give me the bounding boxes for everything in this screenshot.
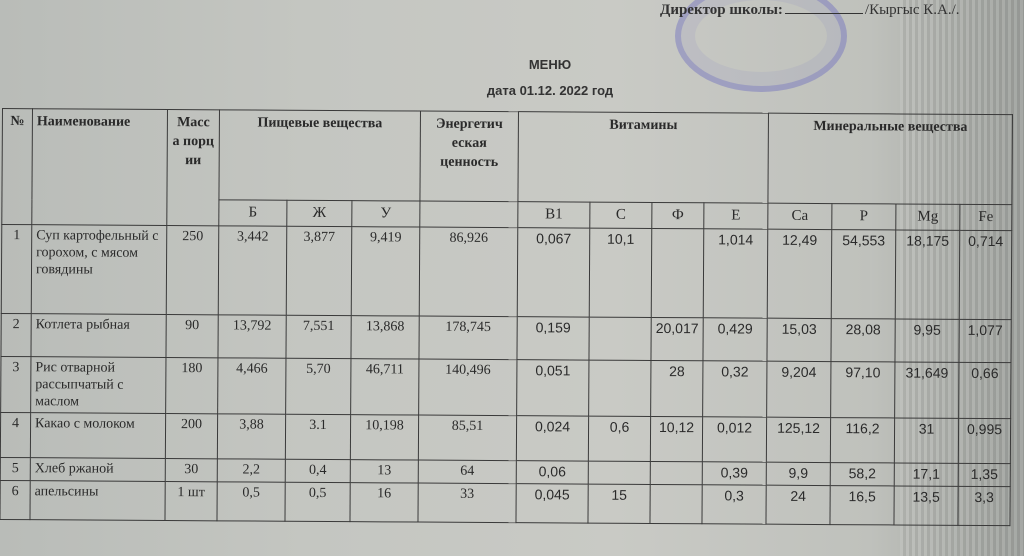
cell-portion: 200 [165,414,217,459]
cell-name: Хлеб ржаной [30,458,165,482]
cell-c [588,461,650,484]
page-title: МЕНЮ [0,57,1024,72]
subheader-u: У [352,201,420,227]
table-row: 1Суп картофельный с горохом, с мясом гов… [1,225,1012,320]
cell-e: 0,32 [703,361,767,417]
header-energy: Энергетич еская ценность [420,111,519,202]
cell-c [589,360,651,416]
cell-mg: 31 [894,418,958,463]
cell-name: апельсины [30,481,165,521]
cell-fe: 1,077 [959,319,1011,362]
cell-portion: 250 [166,226,219,315]
cell-fe: 0,66 [959,362,1011,418]
cell-u: 13,868 [351,316,419,359]
cell-b1: 0,06 [516,461,588,484]
cell-ca: 24 [766,485,830,524]
cell-f: 28 [651,360,703,416]
cell-no: 5 [0,457,30,480]
cell-e: 1,014 [703,229,768,318]
cell-b1: 0,067 [517,228,590,317]
subheader-f: Ф [652,202,704,228]
cell-b1: 0,045 [516,484,588,523]
subheader-zh: Ж [287,200,352,226]
subheader-ca: Ca [768,203,832,229]
cell-e: 0,39 [702,462,766,485]
cell-f: 10,12 [650,416,702,461]
cell-zh: 3.1 [285,414,350,459]
cell-f [650,461,702,484]
cell-zh: 3,877 [286,226,352,315]
cell-no: 1 [1,225,32,314]
cell-u: 9,419 [351,227,420,316]
cell-u: 10,198 [350,415,418,460]
cell-c: 10,1 [589,228,652,317]
cell-ca: 9,9 [766,462,830,485]
subheader-mg: Mg [896,204,960,230]
cell-ca: 12,49 [767,229,832,318]
cell-no: 6 [0,480,30,519]
cell-ca: 9,204 [767,361,831,417]
cell-e: 0,429 [703,318,767,361]
cell-e: 0,012 [702,417,766,462]
header-no: № [2,109,33,225]
cell-name: Котлета рыбная [31,314,166,358]
cell-c: 15 [588,484,650,523]
table-row: 6апельсины1 шт0,50,516330,045150,32416,5… [0,480,1010,525]
cell-b1: 0,024 [516,416,588,461]
cell-zh: 7,551 [286,315,351,358]
cell-u: 16 [350,483,418,522]
menu-table: № Наименование Масс а порц ии Пищевые ве… [0,108,1013,526]
cell-b1: 0,051 [517,360,589,416]
cell-zh: 0,5 [285,482,350,521]
director-name: /Кыргыс К.А./. [865,2,960,18]
header-nutrients: Пищевые вещества [219,110,421,201]
cell-u: 13 [350,460,418,483]
header-minerals: Минеральные вещества [768,113,1013,204]
cell-b: 13,792 [218,315,286,358]
cell-b: 3,88 [217,414,285,459]
cell-b: 4,466 [218,358,286,414]
subheader-p: P [832,204,896,230]
director-signature-line: Директор школы:/Кыргыс К.А./. [660,2,960,19]
cell-energy: 85,51 [418,415,516,461]
signature [785,13,863,14]
menu-date: дата 01.12. 2022 год [0,83,1024,98]
cell-fe: 1,35 [958,463,1010,486]
cell-mg: 9,95 [895,319,959,362]
cell-b: 2,2 [217,459,285,482]
header-portion: Масс а порц ии [167,110,220,226]
header-name: Наименование [32,109,168,226]
cell-portion: 180 [166,358,218,414]
cell-no: 4 [0,412,30,457]
header-vitamins: Витамины [518,112,769,204]
cell-f [651,228,704,317]
cell-b: 3,442 [218,226,287,315]
cell-energy: 33 [418,483,516,523]
subheader-b: Б [219,200,287,226]
cell-p: 28,08 [831,319,895,362]
cell-name: Суп картофельный с горохом, с мясом говя… [31,225,167,315]
cell-c: 0,6 [588,416,650,461]
cell-portion: 30 [165,459,217,482]
cell-p: 16,5 [830,486,894,525]
cell-portion: 1 шт [165,482,217,521]
subheader-energy-blank [420,201,518,228]
cell-p: 54,553 [831,230,896,319]
cell-ca: 125,12 [766,417,830,462]
director-label: Директор школы: [660,2,783,18]
subheader-e: E [704,203,768,229]
cell-zh: 0,4 [285,459,350,482]
cell-b1: 0,159 [517,317,589,360]
subheader-c: C [590,202,652,228]
cell-b: 0,5 [217,482,285,521]
subheader-fe: Fe [960,204,1012,230]
cell-name: Рис отварной рассыпчатый с маслом [31,357,166,414]
cell-portion: 90 [166,315,218,358]
cell-p: 58,2 [830,463,894,486]
cell-zh: 5,70 [286,358,351,414]
cell-u: 46,711 [351,359,419,415]
cell-p: 116,2 [830,418,894,463]
table-row: 3Рис отварной рассыпчатый с маслом1804,4… [1,356,1011,418]
cell-fe: 0,714 [959,230,1012,319]
cell-fe: 3,3 [958,486,1010,525]
cell-c [589,317,651,360]
cell-f: 20,017 [651,317,703,360]
cell-energy: 64 [418,460,516,484]
cell-energy: 140,496 [419,359,517,416]
cell-energy: 178,745 [419,316,517,360]
table-row: 2Котлета рыбная9013,7927,55113,868178,74… [1,313,1011,362]
table-row: 4Какао с молоком2003,883.110,19885,510,0… [0,412,1010,463]
cell-mg: 13,5 [894,486,958,525]
cell-mg: 17,1 [894,463,958,486]
cell-ca: 15,03 [767,318,831,361]
cell-mg: 18,175 [895,230,960,319]
cell-p: 97,10 [831,362,895,418]
cell-no: 3 [1,356,31,412]
cell-e: 0,3 [702,485,766,524]
cell-fe: 0,995 [958,418,1010,463]
cell-energy: 86,926 [419,227,518,317]
subheader-b1: B1 [518,202,590,228]
cell-name: Какао с молоком [30,413,165,459]
cell-f [650,484,702,523]
cell-no: 2 [1,313,31,356]
cell-mg: 31,649 [895,362,959,418]
